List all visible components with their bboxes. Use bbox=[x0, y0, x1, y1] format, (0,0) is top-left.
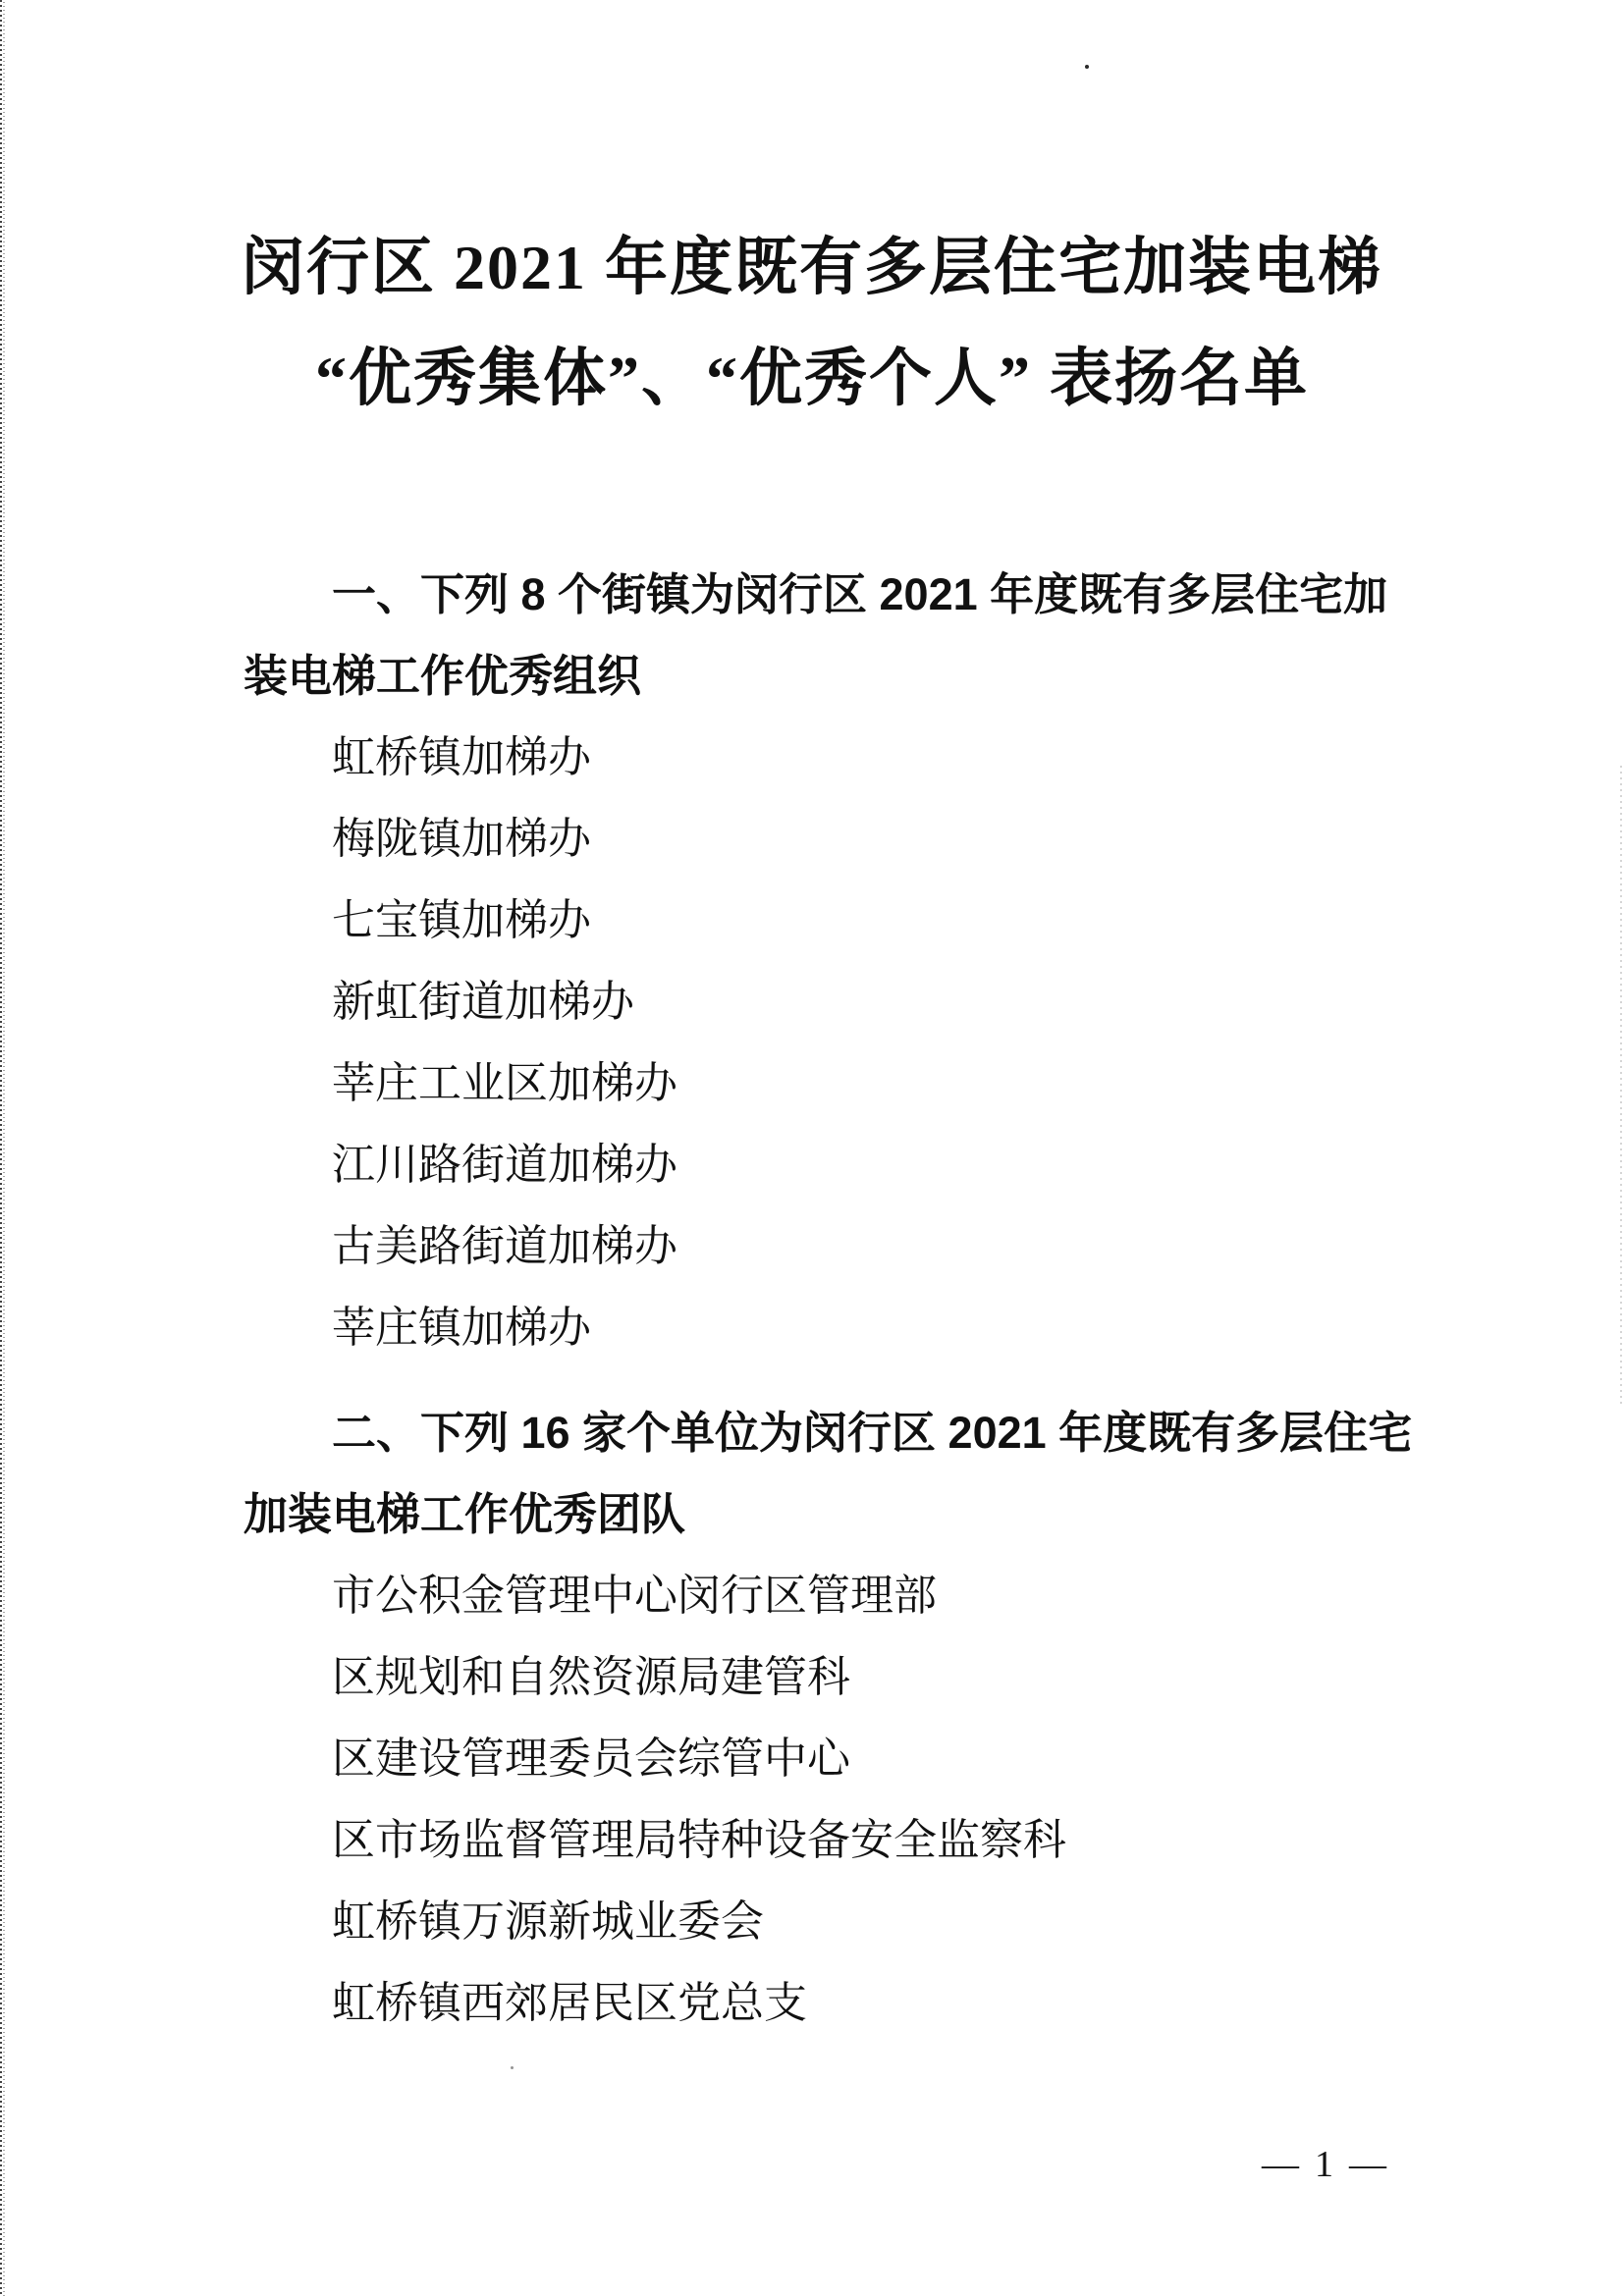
list-item: 古美路街道加梯办 bbox=[244, 1205, 1467, 1287]
list-item: 江川路街道加梯办 bbox=[244, 1124, 1467, 1205]
section-excellent-organizations: 一、下列 8 个街镇为闵行区 2021 年度既有多层住宅加 装电梯工作优秀组织 … bbox=[244, 554, 1467, 1368]
section-2-heading-line-1: 二、下列 16 家个单位为闵行区 2021 年度既有多层住宅 bbox=[244, 1392, 1467, 1473]
section-2-list: 市公积金管理中心闵行区管理部 区规划和自然资源局建管科 区建设管理委员会综管中心… bbox=[244, 1555, 1467, 2044]
section-excellent-teams: 二、下列 16 家个单位为闵行区 2021 年度既有多层住宅 加装电梯工作优秀团… bbox=[244, 1392, 1467, 2044]
document-body: 一、下列 8 个街镇为闵行区 2021 年度既有多层住宅加 装电梯工作优秀组织 … bbox=[244, 554, 1467, 2044]
document-page: 闵行区 2021 年度既有多层住宅加装电梯 “优秀集体”、“优秀个人” 表扬名单… bbox=[0, 0, 1624, 2296]
list-item: 莘庄镇加梯办 bbox=[244, 1287, 1467, 1368]
list-item: 区市场监督管理局特种设备安全监察科 bbox=[244, 1799, 1467, 1881]
list-item: 虹桥镇万源新城业委会 bbox=[244, 1881, 1467, 1962]
page-number-dash-left: — bbox=[1262, 2144, 1301, 2185]
section-2-heading-line-2: 加装电梯工作优秀团队 bbox=[244, 1473, 1467, 1555]
list-item: 梅陇镇加梯办 bbox=[244, 798, 1467, 880]
scan-artifact-speck bbox=[511, 2066, 514, 2069]
list-item: 区建设管理委员会综管中心 bbox=[244, 1718, 1467, 1799]
page-number: —1— bbox=[1262, 2140, 1388, 2189]
list-item: 莘庄工业区加梯办 bbox=[244, 1042, 1467, 1124]
section-1-heading-line-1: 一、下列 8 个街镇为闵行区 2021 年度既有多层住宅加 bbox=[244, 554, 1467, 635]
section-1-heading-line-2: 装电梯工作优秀组织 bbox=[244, 635, 1467, 717]
section-1-list: 虹桥镇加梯办 梅陇镇加梯办 七宝镇加梯办 新虹街道加梯办 莘庄工业区加梯办 江川… bbox=[244, 717, 1467, 1368]
document-title-line-1: 闵行区 2021 年度既有多层住宅加装电梯 bbox=[0, 212, 1624, 323]
list-item: 虹桥镇西郊居民区党总支 bbox=[244, 1962, 1467, 2044]
list-item: 新虹街道加梯办 bbox=[244, 961, 1467, 1042]
document-title-line-2: “优秀集体”、“优秀个人” 表扬名单 bbox=[0, 323, 1624, 434]
scan-artifact-right-edge bbox=[1620, 766, 1624, 1404]
list-item: 区规划和自然资源局建管科 bbox=[244, 1636, 1467, 1718]
page-number-value: 1 bbox=[1301, 2144, 1349, 2185]
list-item: 虹桥镇加梯办 bbox=[244, 717, 1467, 798]
list-item: 市公积金管理中心闵行区管理部 bbox=[244, 1555, 1467, 1636]
scan-artifact-speck bbox=[1085, 65, 1089, 69]
document-title: 闵行区 2021 年度既有多层住宅加装电梯 “优秀集体”、“优秀个人” 表扬名单 bbox=[0, 0, 1624, 434]
page-number-dash-right: — bbox=[1349, 2144, 1388, 2185]
list-item: 七宝镇加梯办 bbox=[244, 880, 1467, 961]
